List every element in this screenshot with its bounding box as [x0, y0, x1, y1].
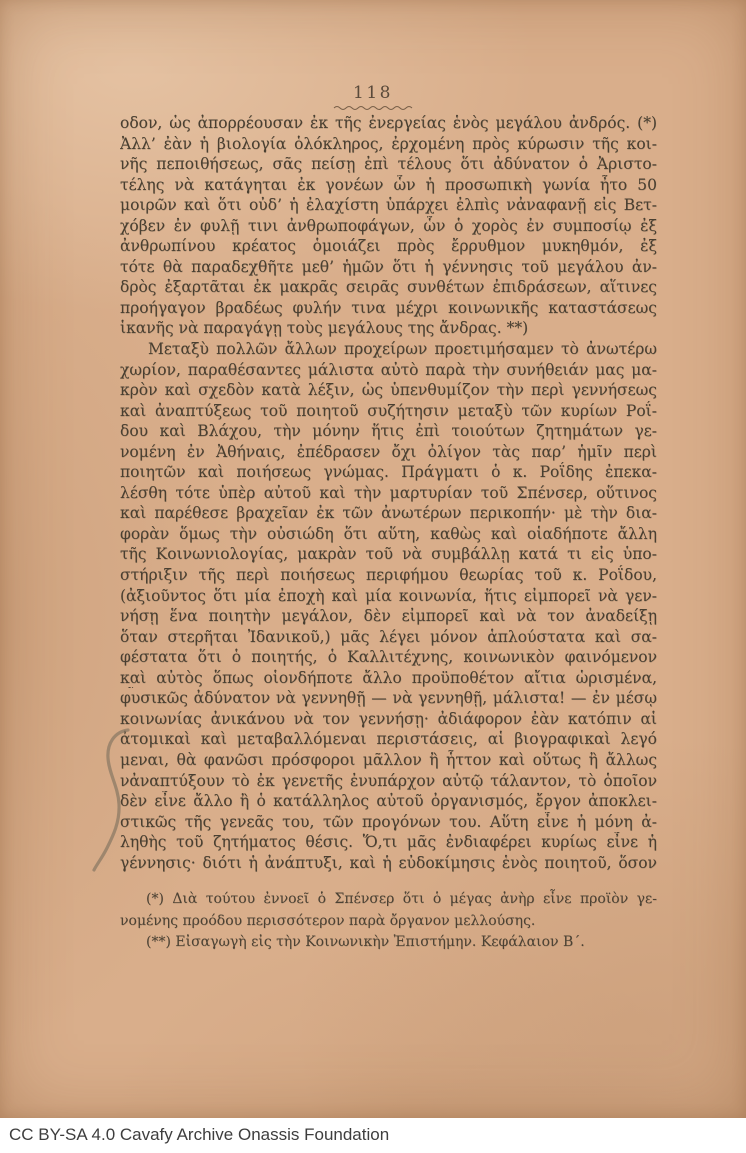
scanned-book-page: 118 οδον, ὡς ἀπορρέουσαν ἐκ τῆς ἐνεργεία…	[0, 0, 746, 1118]
page-header: 118	[0, 83, 746, 112]
body-line: καὶ ἀναπτύξεως τοῦ ποιητοῦ συζήτησιν μετ…	[120, 401, 657, 422]
body-line: κρὸν καὶ σχεδὸν κατὰ λέξιν, ὡς ὑπενθυμίζ…	[120, 380, 657, 401]
body-line: μεναι, θὰ φανῶσι πρόσφοροι μᾶλλον ἢ ἧττο…	[120, 750, 657, 771]
body-line: δου καὶ Βλάχου, τὴν μόνην ἥτις ἐπὶ τοιού…	[120, 421, 657, 442]
body-line: δρὸς ἐξαρτᾶται ἐκ μακρᾶς σειρᾶς συνθέτων…	[120, 277, 657, 298]
body-line: ὅταν στερῆται Ἰδανικοῦ,) μᾶς λέγει μόνον…	[120, 627, 657, 648]
body-line: νῆς πεποιθήσεως, σᾶς πείσῃ ἐπὶ τέλους ὅτ…	[120, 154, 657, 175]
body-line: νομένη ἐν Ἀθήναις, ἐπέδρασεν ὄχι ὀλίγον …	[120, 442, 657, 463]
body-line: λέσθη τότε ὑπὲρ αὐτοῦ καὶ τὴν μαρτυρίαν …	[120, 483, 657, 504]
body-line: στικῶς τῆς γενεᾶς του, τῶν προγόνων του.…	[120, 812, 657, 833]
body-line: Μεταξὺ πολλῶν ἄλλων προχείρων προετιμήσα…	[120, 339, 657, 360]
body-line: γέννησις· διότι ἡ ἀνάπτυξι, καὶ ἡ εὐδοκί…	[120, 853, 657, 874]
license-bar: CC BY-SA 4.0 Cavafy Archive Onassis Foun…	[0, 1118, 746, 1153]
footnote-line: (**) Εἰσαγωγὴ εἰς τὴν Κοινωνικὴν Ἐπιστήμ…	[120, 932, 657, 954]
body-line: ληθὴς τοῦ ζητήματος θέσις. Ὅ,τι μᾶς ἐνδι…	[120, 832, 657, 853]
body-line: ἀτομικαὶ καὶ μεταβαλλόμεναι περιστάσεις,…	[120, 729, 657, 750]
body-line: χωρίον, παραθέσαντες μάλιστα αὐτὸ παρὰ τ…	[120, 360, 657, 381]
body-line: καὶ αὐτὸς ὅπως οἱονδήποτε ἄλλο προϋποθέτ…	[120, 668, 657, 689]
body-line: τῆς Κοινωνιολογίας, μακρὰν τοῦ νὰ συμβάλ…	[120, 544, 657, 565]
body-line: καὶ παρέθεσε βραχεῖαν ἐκ τῶν ἀνωτέρων πε…	[120, 503, 657, 524]
body-line: νήσῃ ἕνα ποιητὴν μεγάλον, δὲν εἰμπορεῖ κ…	[120, 606, 657, 627]
body-line: τότε θὰ παραδεχθῆτε μεθ’ ἡμῶν ὅτι ἡ γένν…	[120, 257, 657, 278]
footnote-line: νομένης προόδου περισσότερον παρὰ ὄργανο…	[120, 911, 657, 933]
body-line: προήγαγον βραδέως φυλήν τινα μέχρι κοινω…	[120, 298, 657, 319]
body-line: νἀναπτύξουν τὸ ἐκ γενετῆς ἐνυπάρχον αὐτῷ…	[120, 771, 657, 792]
body-line: φυσικῶς ἀδύνατον νὰ γεννηθῇ — νὰ γεννηθῇ…	[120, 688, 657, 709]
page-number: 118	[353, 83, 393, 103]
body-line: ἀνθρωπίνου κρέατος ὁμοιάζει πρὸς ἔρρυθμο…	[120, 236, 657, 257]
body-line: στήριξιν τῆς περὶ ποιήσεως περιφήμου θεω…	[120, 565, 657, 586]
margin-squiggle-annotation-icon	[88, 724, 140, 876]
body-line: τέλης νὰ κατάγηται ἐκ γονέων ὧν ἡ προσωπ…	[120, 175, 657, 196]
body-line: ἱκανῆς νὰ παραγάγῃ τοὺς μεγάλους της ἄνδ…	[120, 318, 657, 339]
body-line: χόβεν ἐν φυλῇ τινι ἀνθρωποφάγων, ὧν ὁ χο…	[120, 216, 657, 237]
footnote-line: (*) Διὰ τούτου ἐννοεῖ ὁ Σπένσερ ὅτι ὁ μέ…	[120, 889, 657, 911]
license-text: CC BY-SA 4.0 Cavafy Archive Onassis Foun…	[0, 1118, 746, 1152]
page-number-underline-icon	[333, 104, 413, 112]
body-line: φορὰν ὅμως τὴν οὐσιώδη ὅτι αὕτη, καθὼς κ…	[120, 524, 657, 545]
body-line: ποιητῶν καὶ ποιήσεως γνώμας. Πράγματι ὁ …	[120, 462, 657, 483]
footnotes: (*) Διὰ τούτου ἐννοεῖ ὁ Σπένσερ ὅτι ὁ μέ…	[120, 889, 657, 954]
body-line: δὲν εἶνε ἄλλο ἢ ὁ κατάλληλος αὐτοῦ ὀργαν…	[120, 791, 657, 812]
body-line: κοινωνίας ἀνικάνου νὰ τον γεννήσῃ· ἀδιάφ…	[120, 709, 657, 730]
body-text: οδον, ὡς ἀπορρέουσαν ἐκ τῆς ἐνεργείας ἑν…	[120, 113, 657, 873]
body-line: οδον, ὡς ἀπορρέουσαν ἐκ τῆς ἐνεργείας ἑν…	[120, 113, 657, 134]
body-line: φέστατα ὅτι ὁ ποιητής, ὁ Καλλιτέχνης, κο…	[120, 647, 657, 668]
body-line: μοιρῶν καὶ ὅτι οὐδ’ ἡ ἐλαχίστη ὑπάρχει ἐ…	[120, 195, 657, 216]
body-line: Ἀλλ’ ἐὰν ἡ βιολογία ὁλόκληρος, ἐρχομένη …	[120, 134, 657, 155]
body-line: (ἀξιοῦντος ὅτι μία ἐποχὴ καὶ μία κοινωνί…	[120, 586, 657, 607]
